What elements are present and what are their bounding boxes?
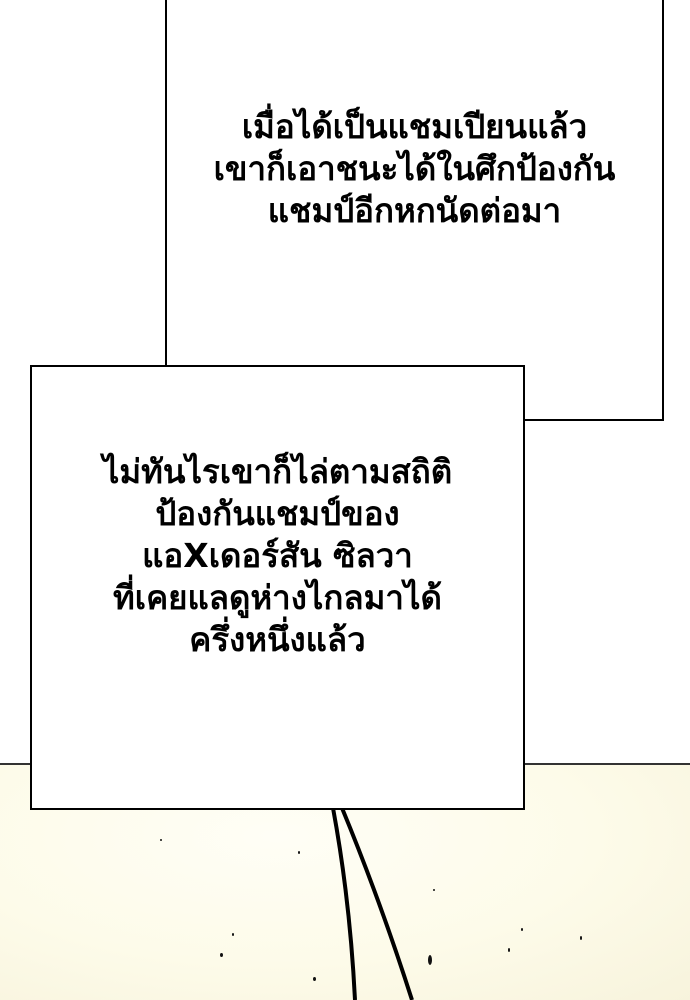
caption-line: แชมป์อีกหกนัดต่อมา <box>214 190 616 232</box>
caption-text-top: เมื่อได้เป็นแชมเปียนแล้ว เขาก็เอาชนะได้ใ… <box>214 106 616 232</box>
caption-box-bottom: ไม่ทันไรเขาก็ไล่ตามสถิติ ป้องกันแชมป์ของ… <box>30 365 525 810</box>
caption-box-top: เมื่อได้เป็นแชมเปียนแล้ว เขาก็เอาชนะได้ใ… <box>165 0 664 421</box>
caption-line: เมื่อได้เป็นแชมเปียนแล้ว <box>214 106 616 148</box>
caption-line: เขาก็เอาชนะได้ในศึกป้องกัน <box>214 148 616 190</box>
caption-line: แอXเดอร์สัน ซิลวา <box>103 535 452 577</box>
caption-line: ครึ่งหนึ่งแล้ว <box>103 619 452 661</box>
caption-text-bottom: ไม่ทันไรเขาก็ไล่ตามสถิติ ป้องกันแชมป์ของ… <box>103 451 452 661</box>
caption-line: ไม่ทันไรเขาก็ไล่ตามสถิติ <box>103 451 452 493</box>
caption-line: ที่เคยแลดูห่างไกลมาได้ <box>103 577 452 619</box>
caption-line: ป้องกันแชมป์ของ <box>103 493 452 535</box>
